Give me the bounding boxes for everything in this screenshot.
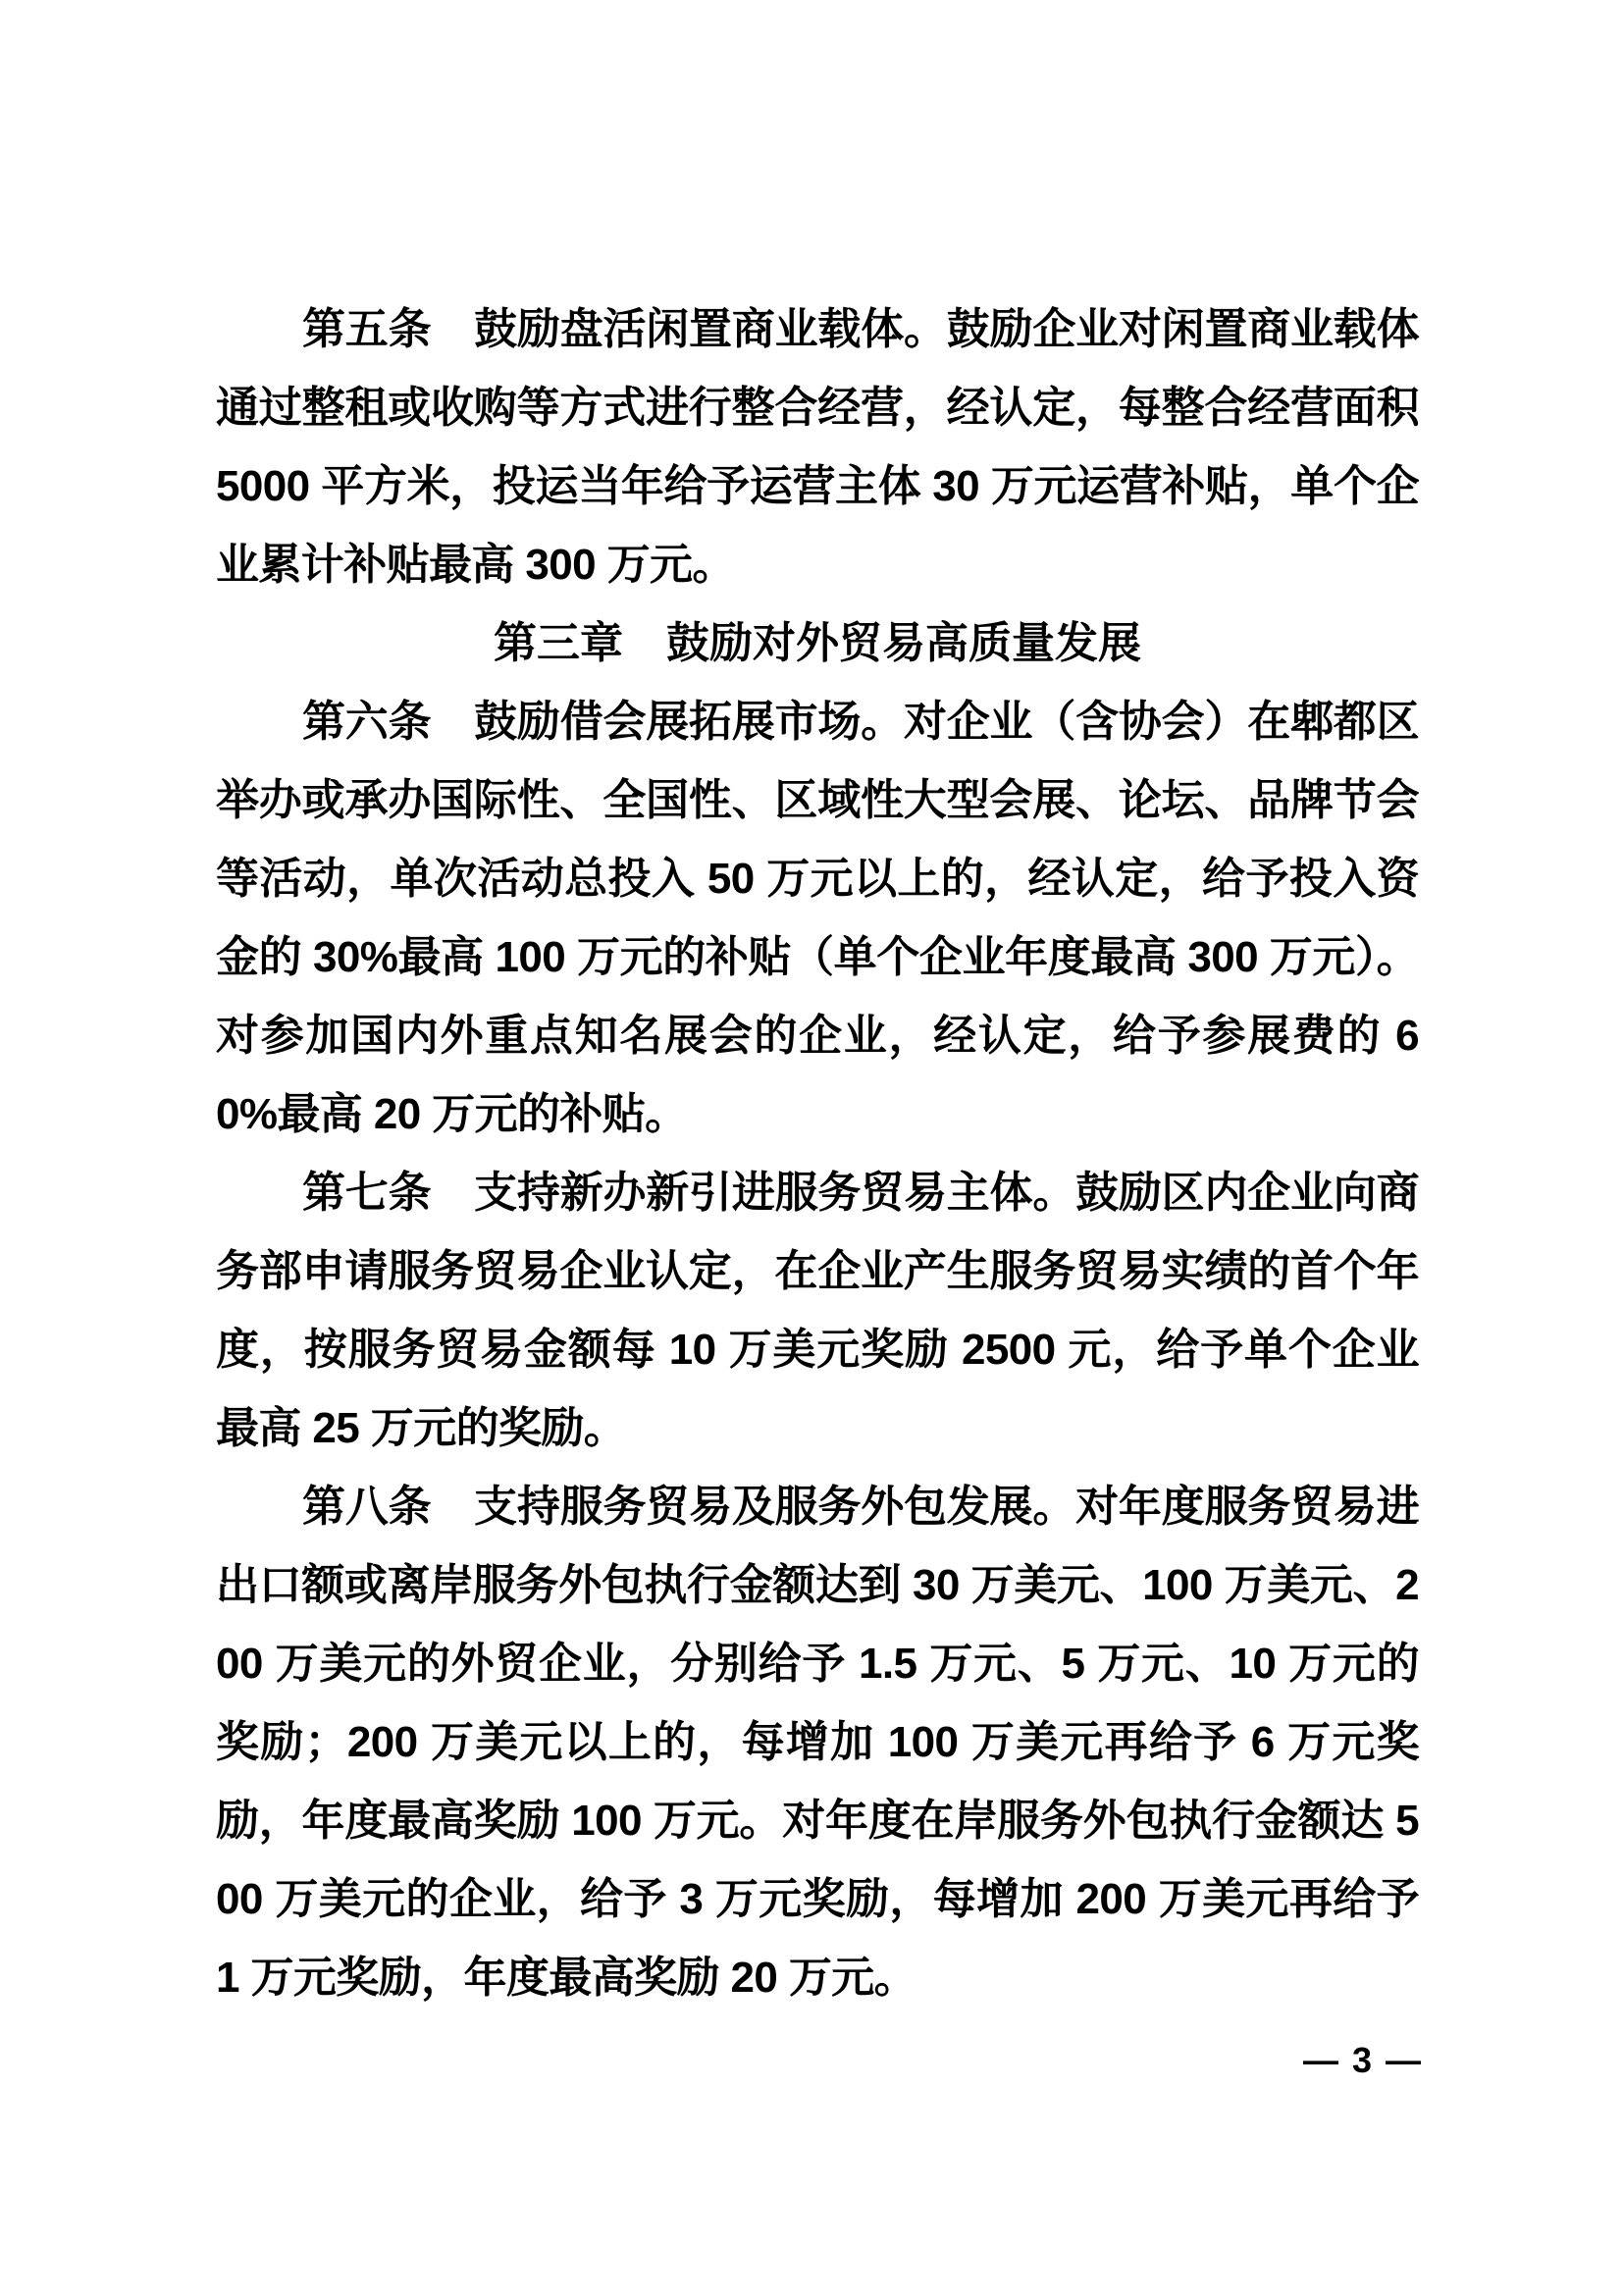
chapter-3-heading: 第三章 鼓励对外贸易高质量发展 xyxy=(216,604,1419,683)
article-7-paragraph: 第七条 支持新办新引进服务贸易主体。鼓励区内企业向商务部申请服务贸易企业认定，在… xyxy=(216,1154,1419,1468)
article-5-paragraph: 第五条 鼓励盘活闲置商业载体。鼓励企业对闲置商业载体通过整租或收购等方式进行整合… xyxy=(216,290,1419,604)
page-number: — 3 — xyxy=(1303,2039,1423,2082)
document-page: 第五条 鼓励盘活闲置商业载体。鼓励企业对闲置商业载体通过整租或收购等方式进行整合… xyxy=(0,0,1623,2296)
article-8-paragraph: 第八条 支持服务贸易及服务外包发展。对年度服务贸易进出口额或离岸服务外包执行金额… xyxy=(216,1468,1419,2017)
document-body: 第五条 鼓励盘活闲置商业载体。鼓励企业对闲置商业载体通过整租或收购等方式进行整合… xyxy=(216,290,1419,2017)
article-6-paragraph: 第六条 鼓励借会展拓展市场。对企业（含协会）在郫都区举办或承办国际性、全国性、区… xyxy=(216,683,1419,1154)
